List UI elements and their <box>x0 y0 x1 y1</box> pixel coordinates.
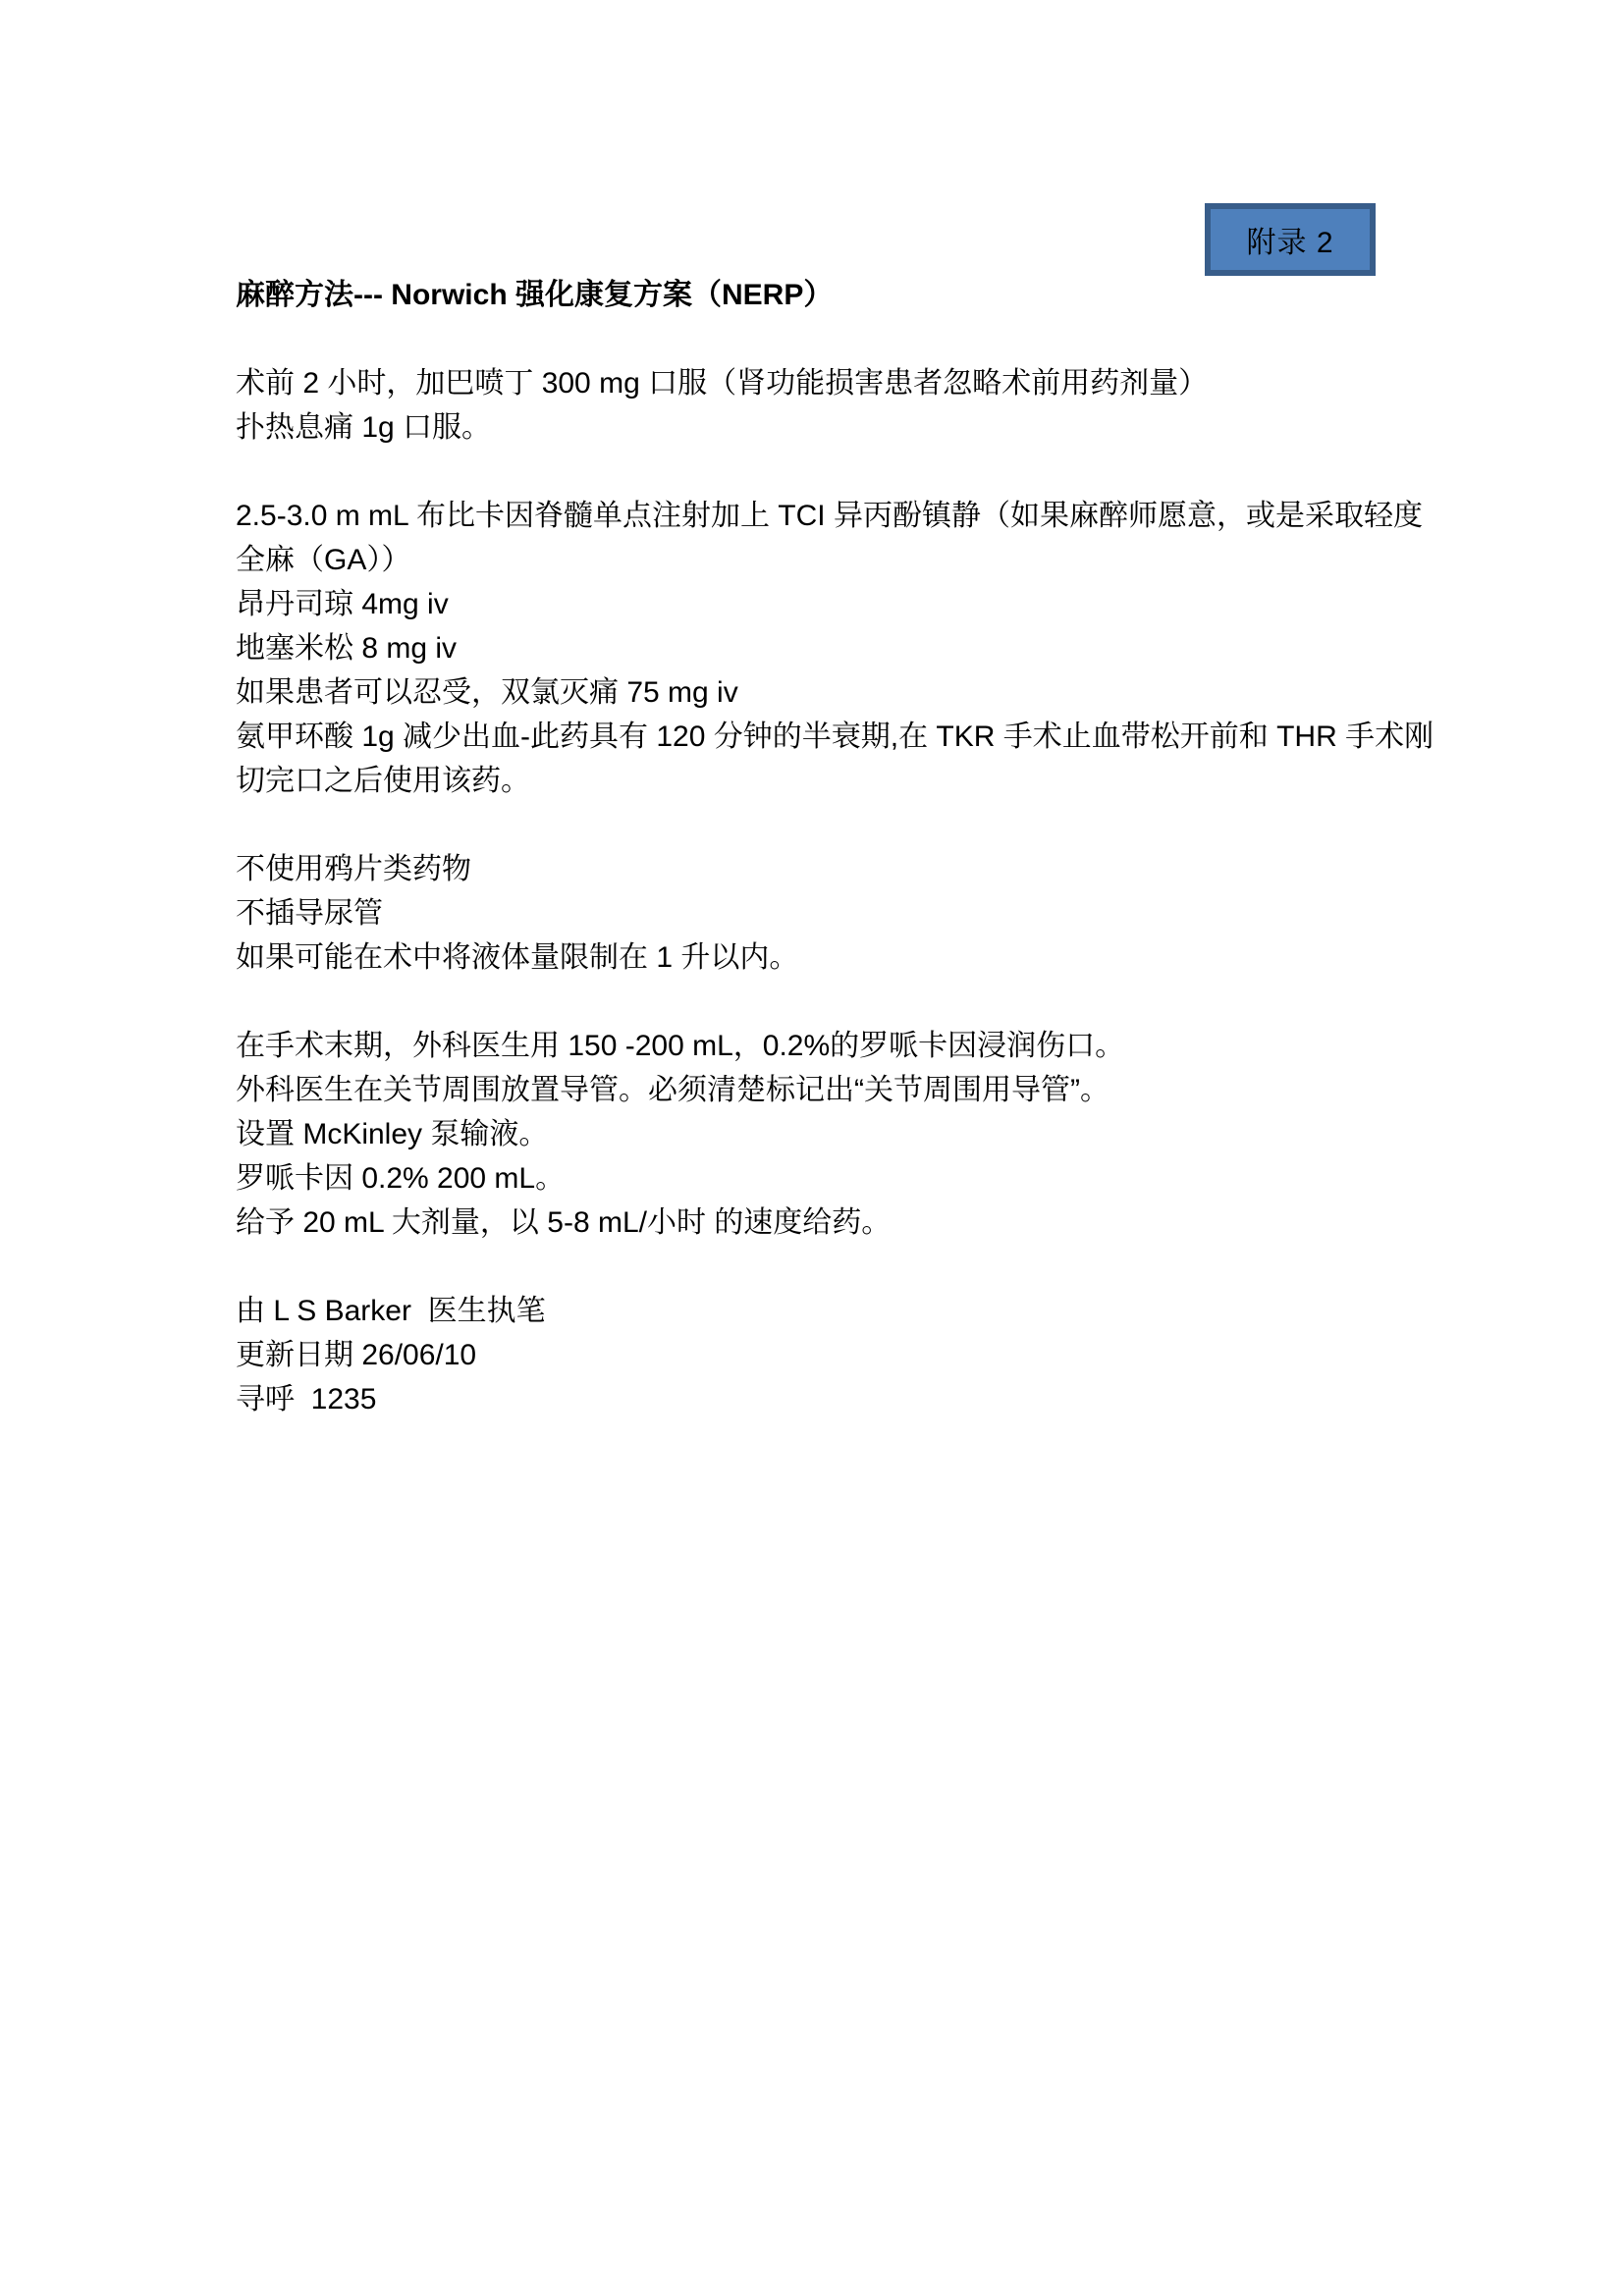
text-line: 由 L S Barker 医生执笔 <box>236 1289 1418 1333</box>
text-line: 氨甲环酸 1g 减少出血-此药具有 120 分钟的半衰期,在 TKR 手术止血带… <box>236 715 1418 759</box>
paragraph: 由 L S Barker 医生执笔更新日期 26/06/10寻呼 1235 <box>236 1289 1418 1421</box>
text-line: 地塞米松 8 mg iv <box>236 626 1418 670</box>
paragraph: 术前 2 小时，加巴喷丁 300 mg 口服（肾功能损害患者忽略术前用药剂量）扑… <box>236 361 1418 450</box>
text-line: 全麻（GA）） <box>236 538 1418 582</box>
text-line: 2.5-3.0 m mL 布比卡因脊髓单点注射加上 TCI 异丙酚镇静（如果麻醉… <box>236 494 1418 538</box>
text-line: 如果可能在术中将液体量限制在 1 升以内。 <box>236 935 1418 980</box>
document-body: 术前 2 小时，加巴喷丁 300 mg 口服（肾功能损害患者忽略术前用药剂量）扑… <box>236 361 1418 1421</box>
text-line: 扑热息痛 1g 口服。 <box>236 405 1418 450</box>
text-line: 昂丹司琼 4mg iv <box>236 582 1418 626</box>
text-line: 在手术末期，外科医生用 150 -200 mL，0.2%的罗哌卡因浸润伤口。 <box>236 1024 1418 1068</box>
paragraph: 在手术末期，外科医生用 150 -200 mL，0.2%的罗哌卡因浸润伤口。外科… <box>236 1024 1418 1245</box>
document-page: 附录 2 麻醉方法--- Norwich 强化康复方案（NERP） 术前 2 小… <box>0 0 1624 2296</box>
text-line: 寻呼 1235 <box>236 1377 1418 1421</box>
text-line: 给予 20 mL 大剂量，以 5-8 mL/小时 的速度给药。 <box>236 1201 1418 1245</box>
text-line: 不使用鸦片类药物 <box>236 847 1418 891</box>
text-line: 术前 2 小时，加巴喷丁 300 mg 口服（肾功能损害患者忽略术前用药剂量） <box>236 361 1418 405</box>
text-line: 罗哌卡因 0.2% 200 mL。 <box>236 1156 1418 1201</box>
text-line: 如果患者可以忍受，双氯灭痛 75 mg iv <box>236 670 1418 715</box>
document-content: 麻醉方法--- Norwich 强化康复方案（NERP） 术前 2 小时，加巴喷… <box>236 273 1418 1466</box>
text-line: 更新日期 26/06/10 <box>236 1333 1418 1377</box>
appendix-badge: 附录 2 <box>1205 203 1376 276</box>
document-title: 麻醉方法--- Norwich 强化康复方案（NERP） <box>236 273 1418 317</box>
text-line: 不插导尿管 <box>236 891 1418 935</box>
text-line: 切完口之后使用该药。 <box>236 759 1418 803</box>
text-line: 外科医生在关节周围放置导管。必须清楚标记出“关节周围用导管”。 <box>236 1068 1418 1112</box>
paragraph: 2.5-3.0 m mL 布比卡因脊髓单点注射加上 TCI 异丙酚镇静（如果麻醉… <box>236 494 1418 803</box>
paragraph: 不使用鸦片类药物不插导尿管如果可能在术中将液体量限制在 1 升以内。 <box>236 847 1418 980</box>
text-line: 设置 McKinley 泵输液。 <box>236 1112 1418 1156</box>
